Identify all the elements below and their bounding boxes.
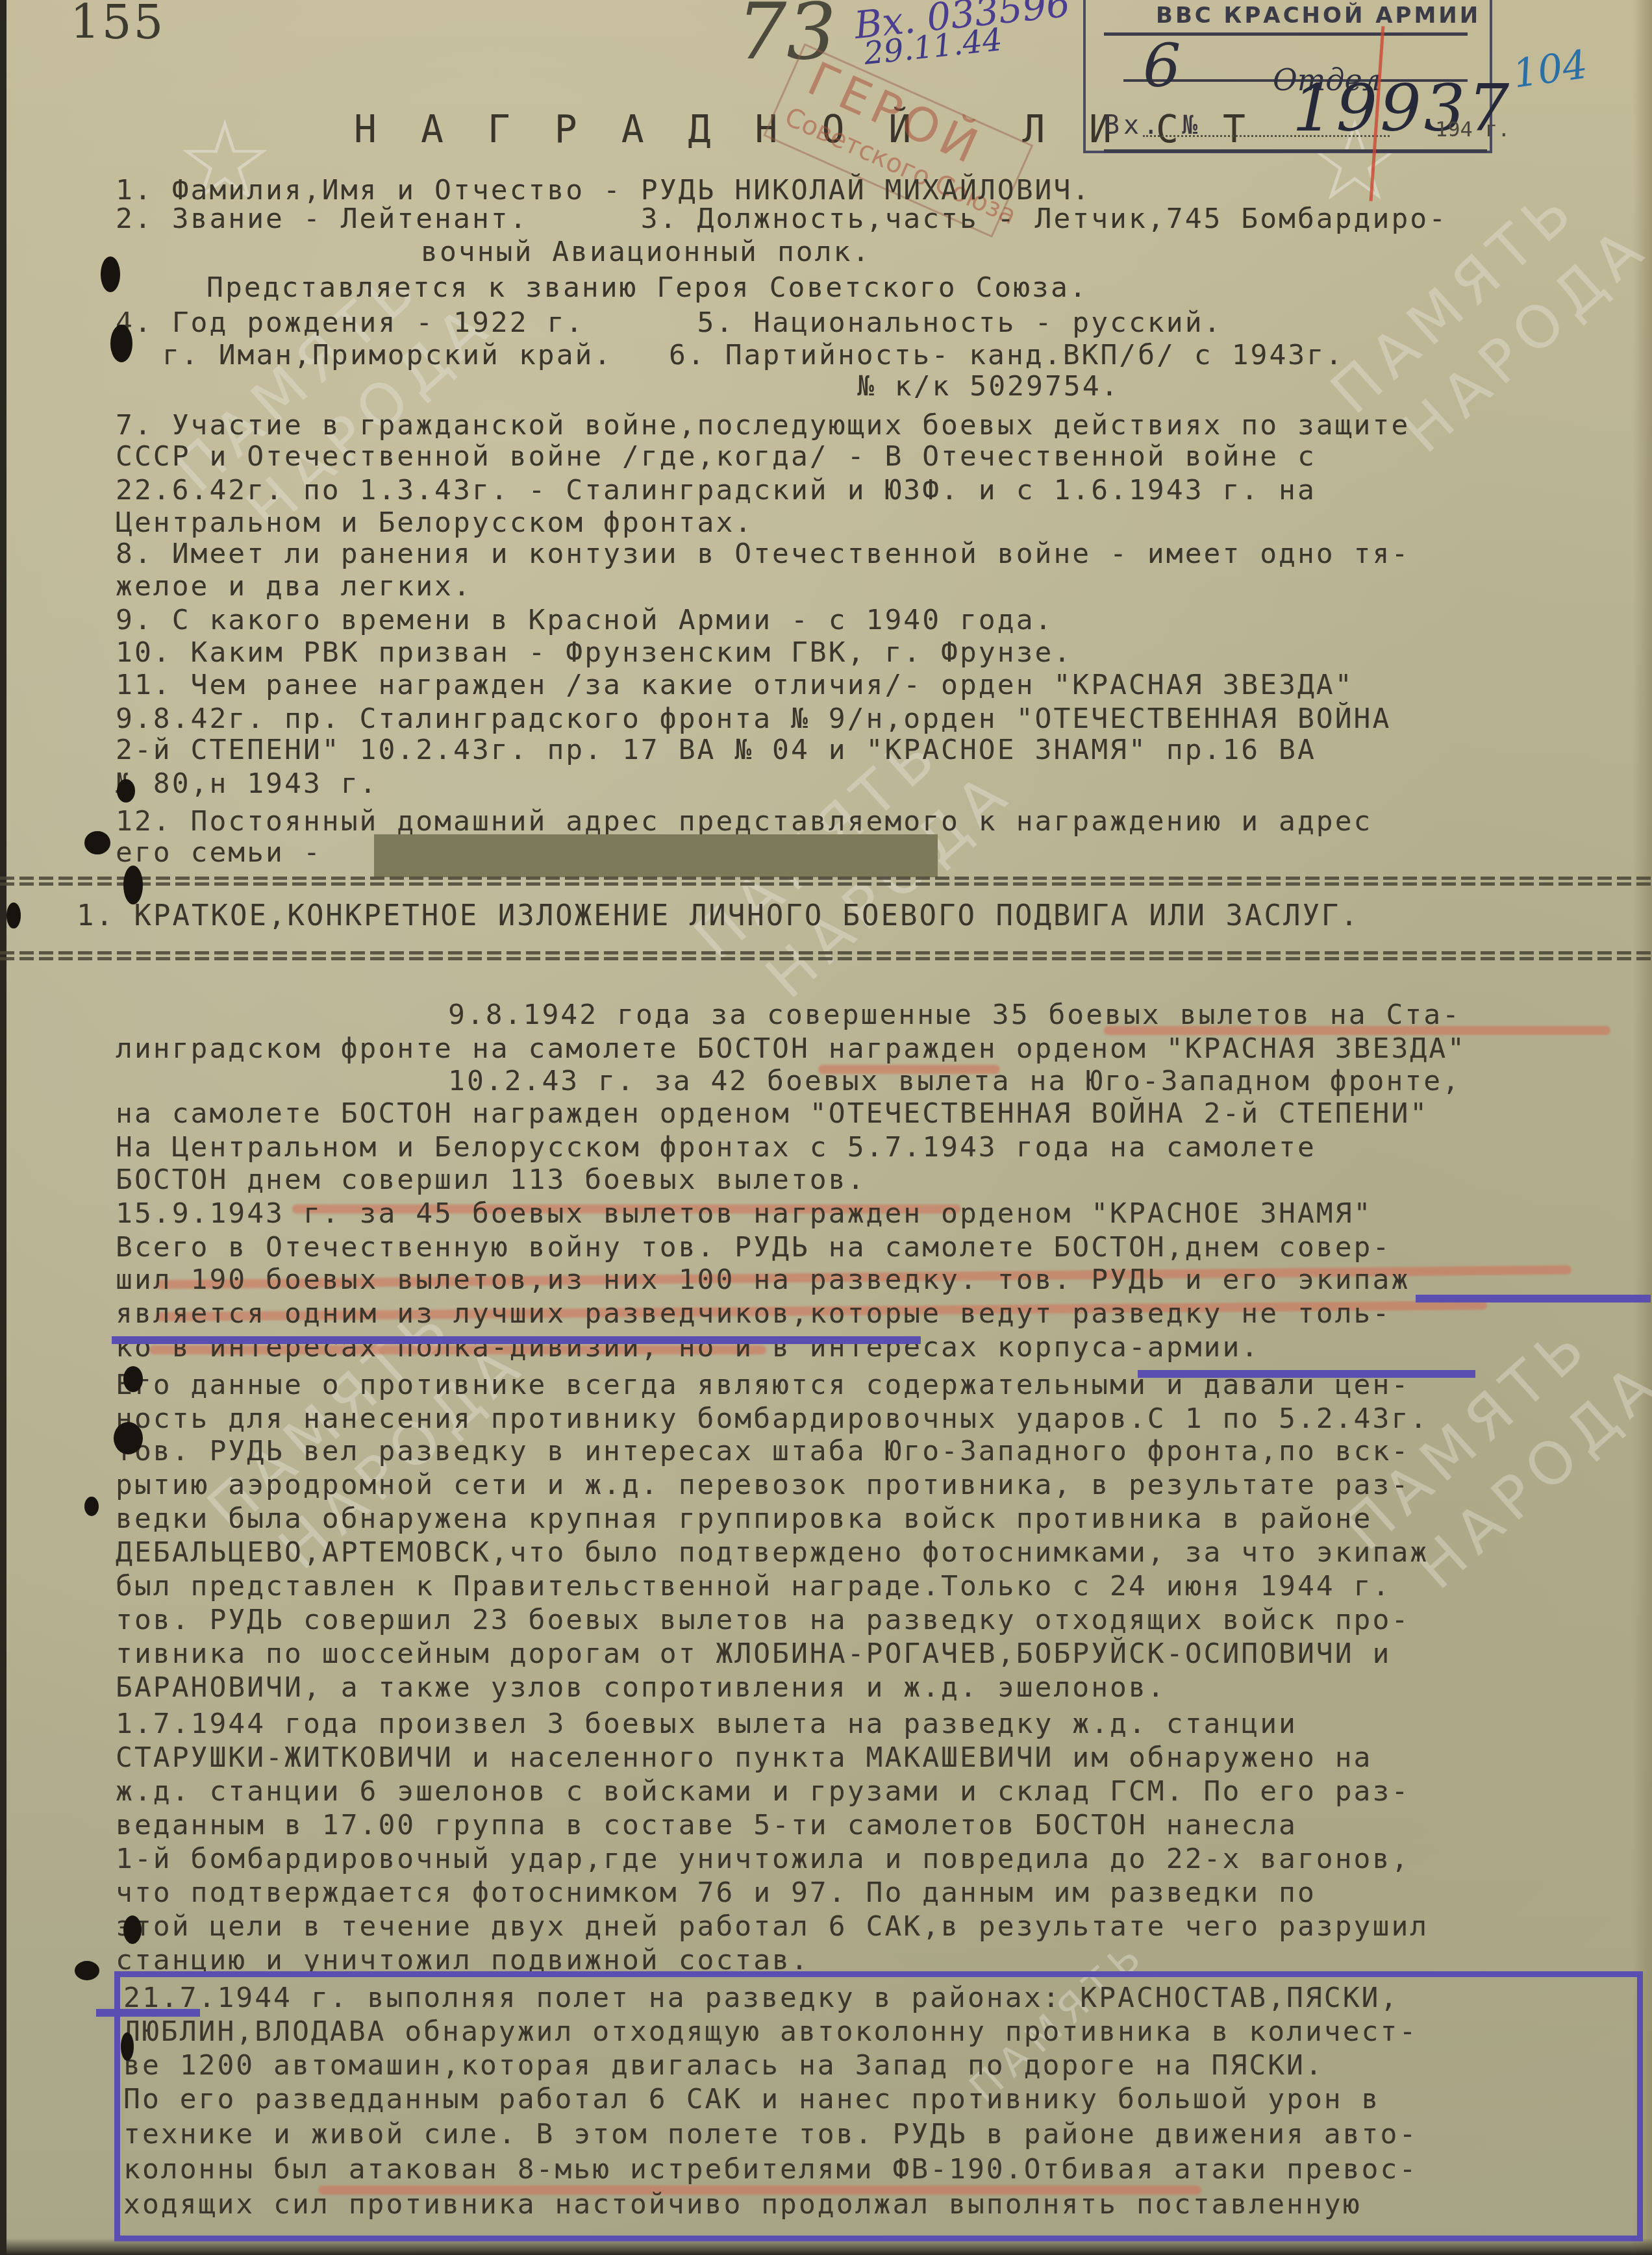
field-position-cont: вочный Авиационный полк.: [421, 236, 871, 268]
field-previous-awards-cont: 9.8.42г. пр. Сталинградского фронта № 9/…: [116, 703, 1391, 735]
blue-underline-annotation: [96, 2009, 200, 2017]
narrative-line: На Центральном и Белорусском фронтах с 5…: [116, 1131, 1316, 1164]
registry-incoming-label: Вх. №: [1104, 110, 1201, 140]
narrative-line: рытию аэродромной сети и ж.д. перевозок …: [116, 1469, 1410, 1501]
scan-edge-right: [1633, 0, 1652, 2255]
field-birth-nationality: 4. Год рождения - 1922 г. 5. Национально…: [116, 306, 1222, 339]
ink-blot: [75, 1961, 99, 1980]
field-previous-awards: 11. Чем ранее награжден /за какие отличи…: [116, 669, 1354, 701]
narrative-line: веданным в 17.00 группа в составе 5-ти с…: [116, 1809, 1297, 1841]
typed-separator: [0, 877, 1652, 891]
field-drafted-by: 10. Каким РВК призван - Фрунзенским ГВК,…: [116, 636, 1072, 669]
narrative-line: ведки была обнаружена крупная группировк…: [116, 1502, 1373, 1535]
narrative-line: ДЕБАЛЬЦЕВО,АРТЕМОВСК,что было подтвержде…: [116, 1536, 1429, 1569]
narrative-line: 15.9.1943 г. за 45 боевых вылетов награж…: [116, 1197, 1373, 1230]
field-party-card: № к/к 5029754.: [857, 370, 1120, 403]
registry-stamp-header: ВВС КРАСНОЙ АРМИИ: [1156, 3, 1481, 29]
field-wounds: 8. Имеет ли ранения и контузии в Отечест…: [116, 538, 1410, 570]
narrative-line: Всего в Отечественную войну тов. РУДЬ на…: [116, 1231, 1391, 1264]
registry-year-label: 194 г.: [1435, 117, 1510, 142]
registry-department-number: 6: [1143, 31, 1181, 101]
narrative-line: был представлен к Правительственной нагр…: [116, 1570, 1391, 1602]
ink-blot: [101, 256, 120, 292]
narrative-line: на самолете БОСТОН награжден орденом "ОТ…: [116, 1097, 1429, 1130]
scan-edge-left: [0, 0, 6, 2255]
redacted-address-block: [374, 834, 938, 877]
narrative-line: линградском фронте на самолете БОСТОН на…: [116, 1032, 1466, 1065]
field-nomination: Представляется к званию Героя Советского…: [206, 271, 1088, 304]
narrative-line: ность для нанесения противнику бомбардир…: [116, 1402, 1429, 1435]
field-war-participation-cont: 22.6.42г. по 1.3.43г. - Сталинградский и…: [116, 474, 1316, 506]
ink-blot: [123, 1366, 143, 1392]
blue-box-annotation: [114, 1971, 1643, 2241]
field-service-since: 9. С какого времени в Красной Армии - с …: [116, 604, 1053, 636]
typed-separator: [0, 951, 1652, 966]
ink-blot: [121, 2032, 134, 2061]
narrative-line: 1-й бомбардировочный удар,где уничтожила…: [116, 1843, 1410, 1875]
ink-blot: [114, 1422, 143, 1454]
sheet-number: 155: [70, 0, 165, 49]
narrative-line: 1.7.1944 года произвел 3 боевых вылета н…: [116, 1708, 1297, 1740]
narrative-line: является одним из лучших разведчиков,кот…: [116, 1297, 1391, 1330]
blue-underline-annotation: [1138, 1370, 1475, 1378]
blue-underline-annotation: [112, 1336, 921, 1344]
ink-blot: [123, 866, 143, 904]
narrative-line: ж.д. станции 6 эшелонов с войсками и гру…: [116, 1775, 1410, 1808]
narrative-line: тов. РУДЬ вел разведку в интересах штаба…: [116, 1435, 1410, 1467]
narrative-line: СТАРУШКИ-ЖИТКОВИЧИ и населенного пункта …: [116, 1741, 1373, 1774]
blue-underline-annotation: [1416, 1295, 1651, 1302]
narrative-line: этой цели в течение двух дней работал 6 …: [116, 1910, 1429, 1943]
field-birthplace-party: г. Иман,Приморский край. 6. Партийность-…: [162, 339, 1344, 371]
field-full-name: 1. Фамилия,Имя и Отчество - РУДЬ НИКОЛАЙ…: [116, 174, 1091, 206]
field-rank-position: 2. Звание - Лейтенант. 3. Должность,част…: [116, 203, 1447, 235]
stamp-rule: [1104, 149, 1487, 153]
field-war-participation-cont: Центральном и Белорусском фронтах.: [116, 506, 753, 539]
ink-blot: [117, 779, 135, 803]
narrative-line: 9.8.1942 года за совершенные 35 боевых в…: [448, 999, 1461, 1031]
field-home-address: 12. Постоянный домашний адрес представля…: [116, 805, 1373, 838]
narrative-line: шил 190 боевых вылетов,из них 100 на раз…: [116, 1264, 1410, 1296]
ink-blot: [6, 903, 21, 928]
field-previous-awards-cont: № 80,н 1943 г.: [116, 767, 378, 800]
field-war-participation: 7. Участие в гражданской войне,последующ…: [116, 409, 1410, 442]
field-home-address-cont: его семьи -: [116, 836, 322, 869]
narrative-line: тивника по шоссейным дорогам от ЖЛОБИНА-…: [116, 1638, 1391, 1670]
ink-blot: [84, 1497, 99, 1516]
narrative-line: тов. РУДЬ совершил 23 боевых вылетов на …: [116, 1604, 1410, 1636]
narrative-line: БОСТОН днем совершил 113 боевых вылетов.: [116, 1164, 866, 1196]
section-heading: 1. КРАТКОЕ,КОНКРЕТНОЕ ИЗЛОЖЕНИЕ ЛИЧНОГО …: [77, 899, 1360, 932]
narrative-line: БАРАНОВИЧИ, а также узлов сопротивления …: [116, 1671, 1166, 1704]
ink-blot: [84, 831, 110, 854]
field-wounds-cont: желое и два легких.: [116, 570, 472, 603]
ink-blot: [110, 325, 132, 362]
field-previous-awards-cont: 2-й СТЕПЕНИ" 10.2.43г. пр. 17 ВА № 04 и …: [116, 734, 1316, 766]
ink-blot: [123, 1915, 142, 1944]
field-war-participation-cont: СССР и Отечественной войне /где,когда/ -…: [116, 440, 1316, 473]
narrative-line: что подтверждается фотоснимком 76 и 97. …: [116, 1876, 1316, 1909]
narrative-line: 10.2.43 г. за 42 боевых вылета на Юго-За…: [448, 1065, 1461, 1097]
